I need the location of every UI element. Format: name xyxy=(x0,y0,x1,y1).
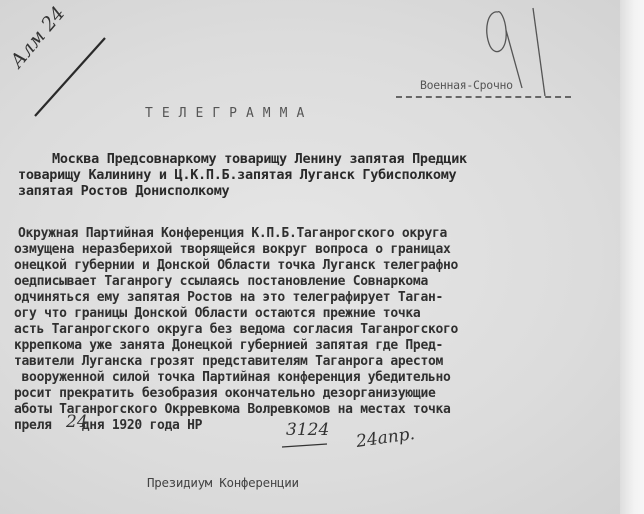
document-title: ТЕЛЕГРАММА xyxy=(145,106,313,121)
handwritten-number: 3124 xyxy=(286,420,329,440)
body-line: огу что границы Донской Области остаются… xyxy=(14,306,420,322)
body-line: тавители Луганска грозят представителям … xyxy=(14,354,443,370)
body-line: оедписывает Таганрогу ссылаясь постановл… xyxy=(14,274,428,290)
priority-underline xyxy=(396,96,571,98)
addressee-line: запятая Ростов Донисполкому xyxy=(18,183,229,199)
body-line: озмущена неразберихой творящейся вокруг … xyxy=(14,242,451,258)
handwritten-day: 24 xyxy=(66,412,88,432)
body-line: Окружная Партийная Конференция К.П.Б.Таг… xyxy=(18,226,447,242)
body-line: асть Таганрогского округа без ведома сог… xyxy=(14,322,458,338)
body-line: росит прекратить безобразия окончательно… xyxy=(14,386,436,402)
addressee-line: Москва Предсовнаркому товарищу Ленину за… xyxy=(52,151,467,167)
body-line: онецкой губернии и Донской Области точка… xyxy=(14,258,458,274)
body-line: преля дня 1920 года НР xyxy=(14,418,202,434)
body-line: одчиняться ему запятая Ростов на это тел… xyxy=(14,290,443,306)
signature: Президиум Конференции xyxy=(147,475,299,490)
body-line: вооруженной силой точка Партийная конфер… xyxy=(14,370,451,386)
body-line: кррепкома уже занята Донецкой губернией … xyxy=(14,338,443,354)
priority-stamp: Военная-Срочно xyxy=(420,78,513,92)
telegram-page: Алм 24 Военная-Срочно ТЕЛЕГРАММА Москва … xyxy=(0,0,644,514)
addressee-line: товарищу Калинину и Ц.К.П.Б.запятая Луга… xyxy=(18,167,456,183)
